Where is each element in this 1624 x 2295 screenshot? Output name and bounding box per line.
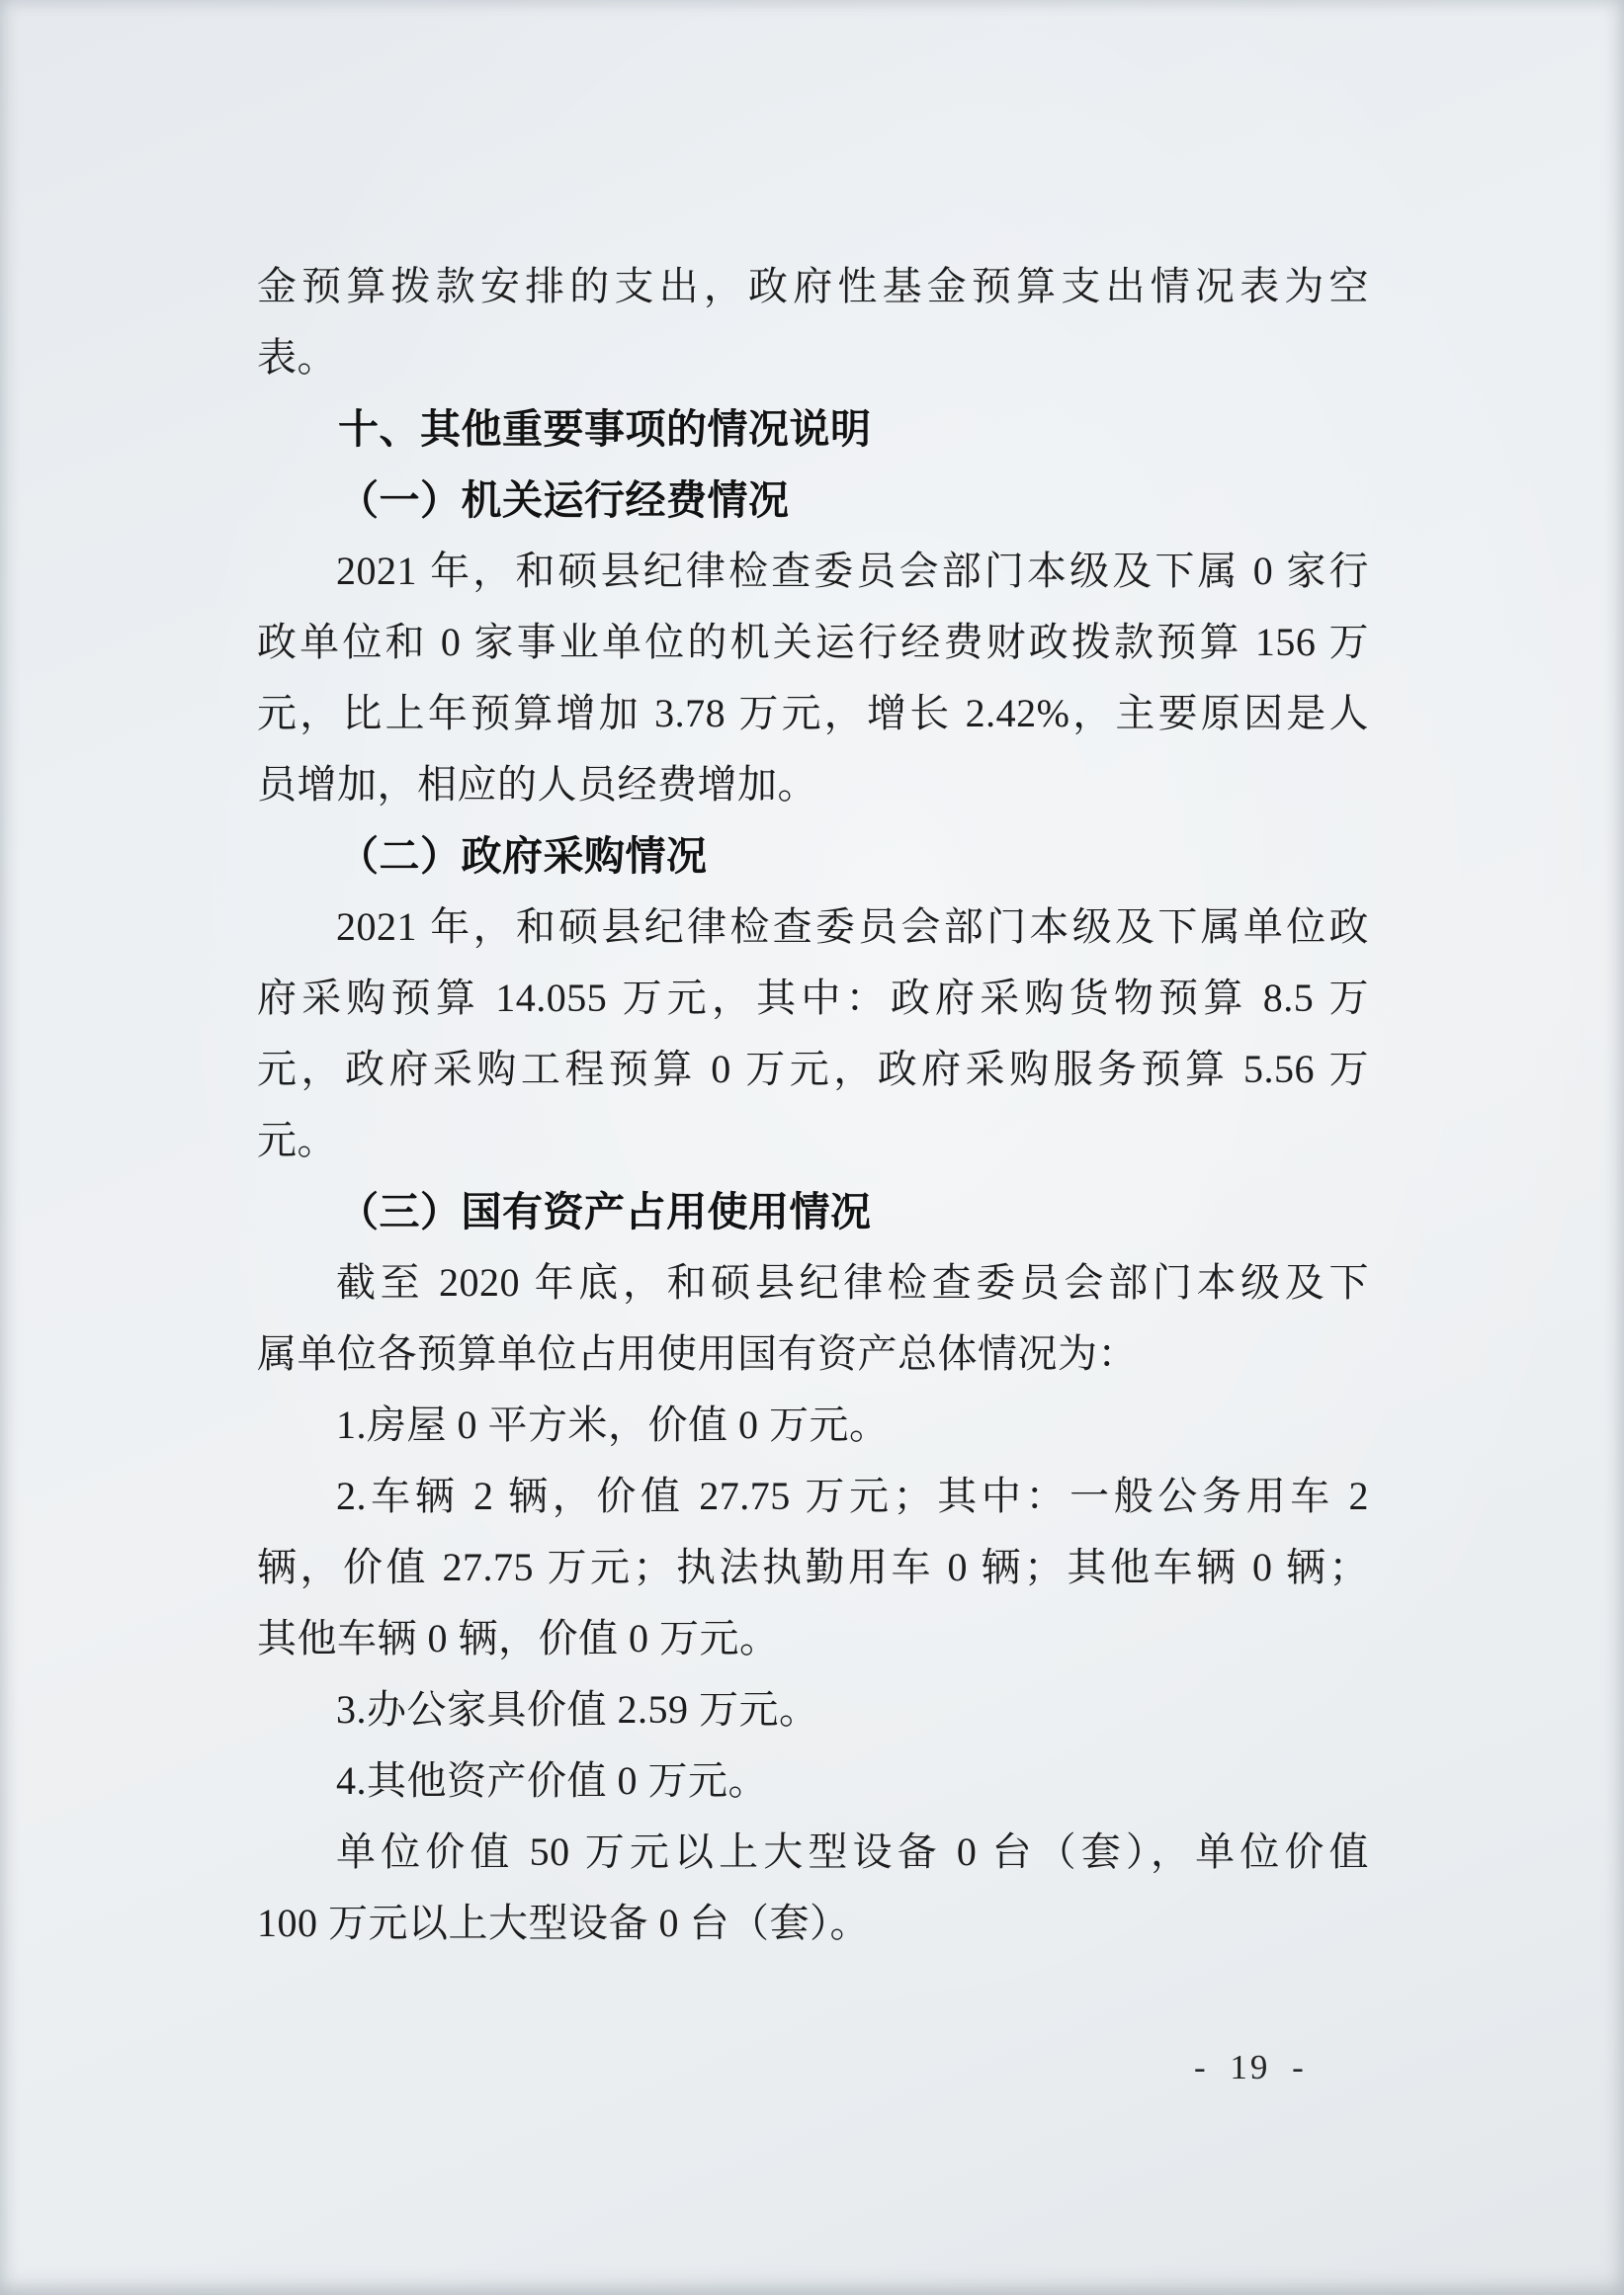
page-number: - 19 - [1194, 2048, 1307, 2087]
para-line: 其他车辆 0 辆，价值 0 万元。 [257, 1603, 1369, 1674]
list-item-vehicles: 2.车辆 2 辆，价值 27.75 万元；其中：一般公务用车 2 [257, 1461, 1369, 1532]
subsection-heading-government-procurement: （二）政府采购情况 [257, 820, 1369, 892]
section-heading-other-important-items: 十、其他重要事项的情况说明 [257, 393, 1369, 465]
scanned-document-page: 金预算拨款安排的支出，政府性基金预算支出情况表为空 表。 十、其他重要事项的情况… [0, 0, 1624, 2295]
subsection-heading-agency-operating-expenses: （一）机关运行经费情况 [257, 465, 1369, 536]
list-item-office-furniture: 3.办公家具价值 2.59 万元。 [257, 1674, 1369, 1745]
para-line: 元。 [257, 1105, 1369, 1176]
para-line: 单位价值 50 万元以上大型设备 0 台（套），单位价值 [257, 1817, 1369, 1888]
para-line: 金预算拨款安排的支出，政府性基金预算支出情况表为空 [257, 251, 1369, 322]
list-item-other-assets: 4.其他资产价值 0 万元。 [257, 1745, 1369, 1817]
para-line: 表。 [257, 322, 1369, 393]
subsection-heading-state-owned-assets: （三）国有资产占用使用情况 [257, 1176, 1369, 1247]
para-line: 府采购预算 14.055 万元，其中：政府采购货物预算 8.5 万 [257, 963, 1369, 1034]
para-line: 政单位和 0 家事业单位的机关运行经费财政拨款预算 156 万 [257, 607, 1369, 678]
para-line: 元，政府采购工程预算 0 万元，政府采购服务预算 5.56 万 [257, 1034, 1369, 1105]
list-item-housing: 1.房屋 0 平方米，价值 0 万元。 [257, 1390, 1369, 1461]
document-body: 金预算拨款安排的支出，政府性基金预算支出情况表为空 表。 十、其他重要事项的情况… [257, 251, 1369, 1959]
para-line: 2021 年，和硕县纪律检查委员会部门本级及下属 0 家行 [257, 536, 1369, 607]
para-line: 辆，价值 27.75 万元；执法执勤用车 0 辆；其他车辆 0 辆； [257, 1532, 1369, 1603]
para-line: 元，比上年预算增加 3.78 万元，增长 2.42%，主要原因是人 [257, 678, 1369, 749]
para-line: 2021 年，和硕县纪律检查委员会部门本级及下属单位政 [257, 892, 1369, 963]
para-line: 员增加，相应的人员经费增加。 [257, 749, 1369, 820]
para-line: 属单位各预算单位占用使用国有资产总体情况为： [257, 1318, 1369, 1390]
para-line: 100 万元以上大型设备 0 台（套）。 [257, 1888, 1369, 1959]
para-line: 截至 2020 年底，和硕县纪律检查委员会部门本级及下 [257, 1247, 1369, 1318]
